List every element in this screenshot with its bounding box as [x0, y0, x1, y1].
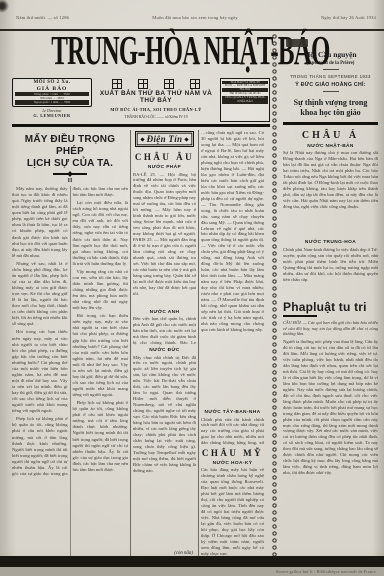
address-line: THÀNH BÁO-LỘC —— số Kiêm IV 19	[96, 115, 216, 119]
cjk-glyph	[138, 79, 148, 89]
law-title-underline	[283, 315, 317, 317]
lead-article: MẤY ĐIỀU TRỌNG PHÉP LỊCH SỰ CỦA TA. II M…	[12, 130, 128, 556]
region-heading-asia: CHÂU Á	[283, 130, 378, 141]
paragraph: Hỏi trong các bạn thiếu niên ngày nay, m…	[12, 329, 68, 414]
divider	[323, 69, 339, 70]
main-section: TRUNG-HÒA NHẬT-BÁO MỖI SỐ 2 Xu. GIÁ BÁO …	[12, 33, 270, 556]
lead-article-body: Mấy năm nay, thường thấy thói tục ta đổi…	[12, 186, 128, 556]
subscription-note: Muốn đặt mua báo xin xem trong bảy ngày	[152, 15, 238, 20]
masthead-center: XUẤT BẢN THỨ BA THỨ NĂM VÀ THỨ BẢY MỞ ĐỨ…	[96, 78, 216, 122]
telegrams-header-box: Điện Tín	[135, 131, 194, 147]
publish-schedule: XUẤT BẢN THỨ BA THỨ NĂM VÀ THỨ BẢY	[96, 90, 216, 104]
news-body-usa: Các báo đăng mấy bài luận về chương trìn…	[201, 467, 264, 556]
news-body-spain: Chính phủ vừa thi hành chính sách mới đố…	[201, 417, 264, 445]
cjk-glyph	[164, 79, 174, 89]
column-rule	[198, 130, 199, 556]
masthead-bottom-rule	[12, 124, 270, 127]
paragraph: Vậy mong rằng các nhà có con em, sớm tối…	[73, 269, 129, 311]
column-rule	[130, 130, 131, 556]
news-body-continued: …cũng chưa ngã ngũ ra sao. Có 30 người b…	[201, 130, 264, 408]
issue-number: Năm thứ mười. — số 1286	[16, 15, 69, 20]
region-heading-america: CHÂU MỸ	[201, 448, 264, 458]
paragraph: Mấy năm nay, thường thấy thói tục ta đổi…	[12, 186, 68, 259]
news-body-france: BA-LÊ 25. — Hội đồng bộ trưởng đã nhóm h…	[133, 172, 196, 308]
country-heading-spain: NƯỚC TÂY-BAN-NHA	[201, 410, 264, 415]
news-body-germany: Mấy chục nhà chính trị Đức đã trốn ra nư…	[133, 355, 196, 550]
scalloped-divider	[271, 33, 278, 556]
pope-intention-text: Sự thịnh vượng trong khoa học tôn giáo	[283, 98, 378, 119]
pope-intention-label: Ý ĐỨC GIÁO HOÀNG CHỈ:	[283, 82, 378, 88]
ornament-diamond-left-icon	[140, 137, 144, 141]
section-marker: II	[12, 178, 128, 184]
cjk-glyph	[190, 79, 200, 89]
country-heading-china: NƯỚC TRUNG-HOA	[283, 240, 378, 245]
prayer-society-title: Hội Cầu nguyện	[283, 50, 378, 59]
cjk-glyph	[112, 79, 122, 89]
news-body-japan: Sự là Nhật nay đương chủ ý mua con đường…	[283, 150, 378, 238]
ornament-diamond-right-icon	[185, 137, 189, 141]
sidebar-rule	[283, 122, 378, 125]
office-address-box: TÒA BÁO VÀ NHÀ IN SỐ 81 — RUE DE LA MISS…	[220, 78, 270, 122]
prayer-society-subtitle: (Apostolat de la Prière)	[283, 61, 378, 66]
top-info-line: Năm thứ mười. — số 1286 Muốn đặt mua báo…	[16, 15, 376, 20]
paragraph: Nhưng về sau, nhất là ở chốn hàng phố đô…	[12, 261, 68, 328]
price-box-wrap: MỖI SỐ 2 Xu. GIÁ BÁO Đông-pháp: 1 năm . …	[12, 78, 92, 122]
region-heading-europe: CHÂU ÂU	[133, 152, 196, 162]
paragraph: Phép lịch sự không phải ở bộ quần áo tốt…	[73, 400, 129, 473]
news-body-england: Bên việc hạn chế quân bị, chính phủ Anh …	[133, 316, 196, 346]
masthead: TRUNG-HÒA NHẬT-BÁO	[12, 33, 270, 77]
scan-bottom-strip: Source gallica.bnf.fr / Bibliothèque nat…	[0, 567, 384, 576]
news-body-china: Chính phủ Nam-kinh đương lo việc đánh dẹ…	[283, 247, 378, 294]
chinese-title-glyphs	[96, 79, 216, 88]
motto-line: MỞ ĐỨC ÁI-THA, SOI THEO CHÂN-LÝ	[96, 107, 216, 112]
divider	[323, 91, 339, 92]
country-heading-usa: NƯỚC HOA-KỲ	[201, 461, 264, 466]
director-credit: Le Directeur G. LEMEUNIER	[12, 109, 92, 118]
price-box: MỖI SỐ 2 Xu. GIÁ BÁO Đông-pháp: 1 năm . …	[12, 78, 92, 107]
paragraph: Hỏi trong các bạn thiếu niên ngày nay, m…	[73, 313, 129, 398]
right-sidebar: Hội Cầu nguyện (Apostolat de la Prière) …	[281, 33, 380, 556]
headline-ornament	[53, 173, 87, 175]
content-columns: MẤY ĐIỀU TRỌNG PHÉP LỊCH SỰ CỦA TA. II M…	[12, 130, 270, 556]
stamp-mark	[286, 39, 308, 47]
date-line: Ngày thứ bảy 26 Août 1933	[321, 15, 376, 20]
law-article-intro: CẦU ĐỐI. — Các quí bạn vẫn gửi cho bản b…	[283, 320, 378, 337]
month-line: TRONG THÁNG SEPTEMBRE 1933	[283, 74, 378, 79]
masthead-info-row: MỖI SỐ 2 Xu. GIÁ BÁO Đông-pháp: 1 năm . …	[12, 78, 270, 122]
newspaper-page: Năm thứ mười. — số 1286 Muốn đặt mua báo…	[0, 0, 384, 576]
telegram-column-1: Điện Tín CHÂU ÂU NƯỚC PHÁP BA-LÊ 25. — H…	[133, 130, 196, 556]
paragraph: Lại còn một điều nữa, là cách xưng hô tr…	[73, 200, 129, 267]
lead-headline: MẤY ĐIỀU TRỌNG PHÉP LỊCH SỰ CỦA TA.	[12, 134, 128, 170]
law-article-body: Người ta thường nói: phép vua thua lệ là…	[283, 339, 378, 556]
telegram-column-2: …cũng chưa ngã ngũ ra sao. Có 30 người b…	[201, 130, 264, 556]
rate-line: Ngoại-quốc: 1 năm . . . 7$00	[15, 100, 89, 104]
telegrams-title: Điện Tín	[147, 134, 183, 144]
scan-source-caption: Source gallica.bnf.fr / Bibliothèque nat…	[276, 569, 376, 574]
country-heading-germany: NƯỚC ĐỨC	[133, 348, 196, 353]
country-heading-france: NƯỚC PHÁP	[133, 165, 196, 170]
law-article-title: Phapluật tu tri	[283, 300, 378, 314]
country-heading-japan: NƯỚC NHẬT-BẢN	[283, 144, 378, 149]
price-per-issue: MỖI SỐ 2 Xu.	[15, 80, 89, 85]
scan-bottom-bar	[0, 556, 384, 567]
country-heading-england: NƯỚC ANH	[133, 310, 196, 315]
